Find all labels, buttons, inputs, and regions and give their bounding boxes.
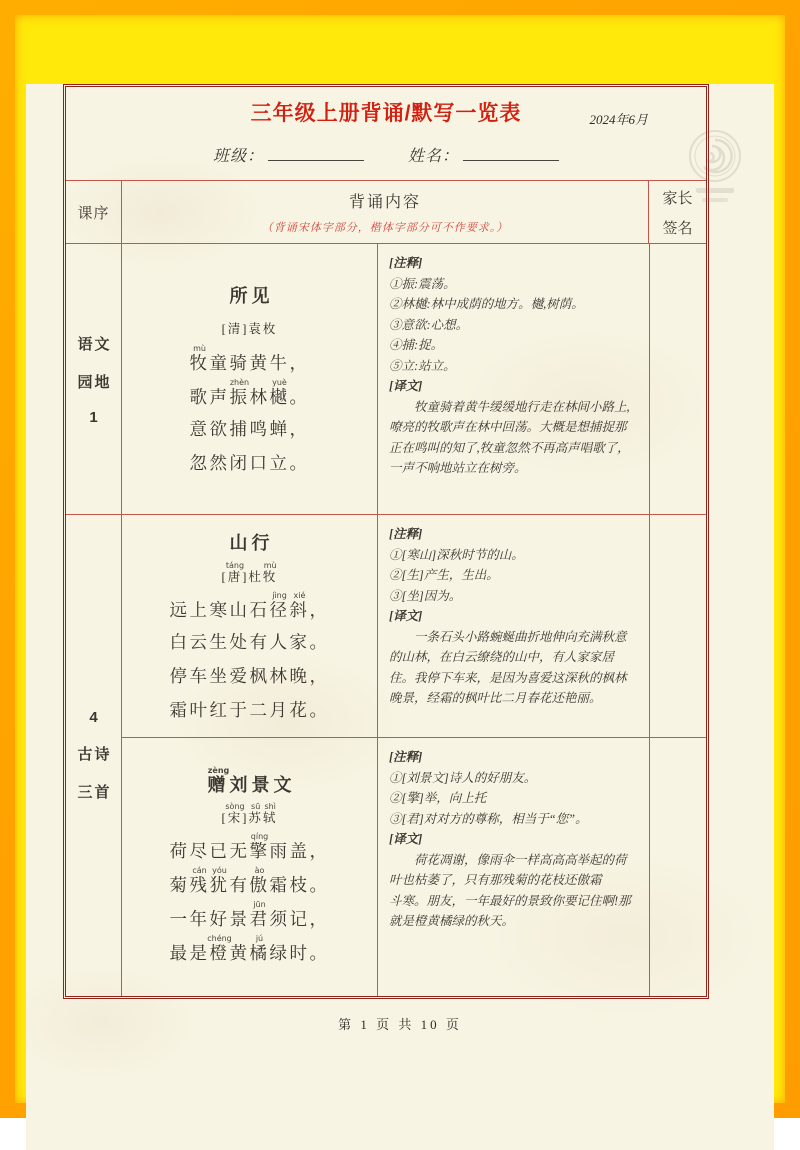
notes-cell: [注释]①振:震荡。②林樾:林中成荫的地方。樾,树荫。③意欲:心想。④捕:捉。⑤… bbox=[378, 244, 650, 514]
text-run: 白云生处有人家。 bbox=[170, 632, 330, 652]
class-label: 班级： bbox=[213, 148, 264, 165]
page-title: 三年级上册背诵/默写一览表 bbox=[251, 102, 522, 125]
course-label: 1 bbox=[87, 409, 99, 426]
text-run: 雨盖， bbox=[270, 841, 330, 861]
annotation-item: ②[擎]举，向上托 bbox=[389, 788, 638, 809]
annotation-item: ③[坐]因为。 bbox=[389, 586, 638, 607]
annotation-item: ②林樾:林中成荫的地方。樾,树荫。 bbox=[389, 294, 638, 315]
column-header-course: 课序 bbox=[66, 181, 122, 243]
poem-row: 赠zèng刘景文[宋sòng]苏sū轼shì荷尽已无擎qíng雨盖，菊残cán犹… bbox=[122, 737, 706, 996]
poem-stack: 所见[清]袁枚牧mù童骑黄牛，歌声振zhèn林樾yuè。意欲捕鸣蝉，忽然闭口立。… bbox=[122, 244, 706, 514]
poem-author: [唐táng]杜牧mù bbox=[222, 561, 278, 591]
text-run: 童骑黄牛， bbox=[210, 353, 310, 373]
name-blank-field bbox=[463, 146, 559, 161]
poem-author: [宋sòng]苏sū轼shì bbox=[222, 802, 278, 832]
signature-cell bbox=[650, 738, 706, 996]
pinyin-ruby: 橙chéng bbox=[209, 943, 229, 963]
table-row: 4古诗三首山行[唐táng]杜牧mù远上寒山石径jìng斜xié，白云生处有人家… bbox=[66, 514, 706, 996]
annotation-item: ①[刘景文]诗人的好朋友。 bbox=[389, 768, 638, 789]
course-cell: 语文园地1 bbox=[66, 244, 122, 514]
text-run: 有 bbox=[230, 875, 250, 895]
text-run: 所见 bbox=[230, 286, 274, 306]
annotation-item: ②[生]产生，生出。 bbox=[389, 565, 638, 586]
text-run: 绿时。 bbox=[269, 943, 329, 963]
name-label: 姓名： bbox=[408, 148, 459, 165]
text-run: 最是 bbox=[169, 943, 209, 963]
text-run: 忽然闭口立。 bbox=[190, 453, 310, 473]
pinyin-ruby: 斜xié bbox=[290, 600, 310, 620]
pinyin-ruby: 君jūn bbox=[250, 909, 270, 929]
class-blank-field bbox=[268, 146, 364, 161]
title-line: 三年级上册背诵/默写一览表 2024年6月 bbox=[66, 99, 706, 129]
date-label: 2024年6月 bbox=[589, 105, 648, 135]
text-run: 一年好景 bbox=[170, 909, 250, 929]
pinyin-ruby: 樾yuè bbox=[270, 387, 290, 407]
text-run: 霜叶红于二月花。 bbox=[170, 700, 330, 720]
poem-line: 远上寒山石径jìng斜xié， bbox=[170, 591, 330, 625]
pinyin-ruby: 牧mù bbox=[263, 570, 278, 584]
pinyin-ruby: 唐táng bbox=[228, 570, 243, 584]
sign-header-line1: 家长 bbox=[662, 187, 692, 208]
translation-text: 荷花凋谢，像雨伞一样高高高举起的荷叶也枯萎了，只有那残菊的花枝还傲霜 斗寒。朋友… bbox=[389, 850, 638, 932]
poem-title: 赠zèng刘景文 bbox=[204, 766, 296, 802]
pinyin-ruby: 径jìng bbox=[270, 600, 290, 620]
decorative-frame-inner: 三年级上册背诵/默写一览表 2024年6月 班级： 姓名： 课序 背诵内容 （背… bbox=[15, 15, 785, 1103]
pinyin-ruby: 擎qíng bbox=[250, 841, 270, 861]
annotation-item: ④捕:捉。 bbox=[389, 335, 638, 356]
text-run: 菊 bbox=[170, 875, 190, 895]
worksheet-page: 三年级上册背诵/默写一览表 2024年6月 班级： 姓名： 课序 背诵内容 （背… bbox=[26, 84, 774, 1150]
poem-line: 菊残cán犹yóu有傲ào霜枝。 bbox=[170, 866, 330, 900]
text-run: 黄 bbox=[229, 943, 249, 963]
translation-label: [译文] bbox=[389, 606, 638, 627]
poem-line: 最是橙chéng黄橘jú绿时。 bbox=[169, 934, 329, 968]
poem-cell: 所见[清]袁枚牧mù童骑黄牛，歌声振zhèn林樾yuè。意欲捕鸣蝉，忽然闭口立。 bbox=[122, 244, 378, 514]
text-run: 杜 bbox=[248, 570, 263, 584]
content-header-label: 背诵内容 bbox=[349, 189, 421, 212]
translation-text: 一条石头小路蜿蜒曲折地伸向充满秋意的山林，在白云缭绕的山中，有人家家居住。我停下… bbox=[389, 627, 638, 709]
column-header-signature: 家长 签名 bbox=[649, 181, 706, 243]
poem-line: 牧mù童骑黄牛， bbox=[190, 344, 310, 378]
column-header-content: 背诵内容 （背诵宋体字部分，楷体字部分可不作要求。） bbox=[122, 181, 649, 243]
course-label: 古诗 bbox=[75, 743, 111, 764]
decorative-frame-outer: 三年级上册背诵/默写一览表 2024年6月 班级： 姓名： 课序 背诵内容 （背… bbox=[0, 0, 800, 1118]
text-run: 歌声 bbox=[190, 387, 230, 407]
poem-line: 霜叶红于二月花。 bbox=[170, 693, 330, 727]
course-cell: 4古诗三首 bbox=[66, 515, 122, 996]
pinyin-ruby: 苏sū bbox=[248, 811, 263, 825]
translation-label: [译文] bbox=[389, 376, 638, 397]
poem-line: 白云生处有人家。 bbox=[170, 625, 330, 659]
poem-line: 意欲捕鸣蝉， bbox=[190, 412, 310, 446]
annotation-item: ③[君]对对方的尊称，相当于“您”。 bbox=[389, 809, 638, 830]
text-run: 停车坐爱枫林晚， bbox=[170, 666, 330, 686]
signature-cell bbox=[650, 244, 706, 514]
poem-author: [清]袁枚 bbox=[222, 314, 278, 344]
poem-row: 山行[唐táng]杜牧mù远上寒山石径jìng斜xié，白云生处有人家。停车坐爱… bbox=[122, 515, 706, 737]
annotation-label: [注释] bbox=[389, 747, 638, 768]
poem-title: 所见 bbox=[226, 278, 274, 314]
pinyin-ruby: 傲ào bbox=[250, 875, 270, 895]
course-label: 4 bbox=[87, 709, 99, 726]
sign-header-line2: 签名 bbox=[662, 217, 692, 238]
poem-line: 荷尽已无擎qíng雨盖， bbox=[170, 832, 330, 866]
pinyin-ruby: 牧mù bbox=[190, 353, 210, 373]
text-run: 山行 bbox=[230, 533, 274, 553]
pinyin-ruby: 橘jú bbox=[249, 943, 269, 963]
student-info-line: 班级： 姓名： bbox=[66, 143, 706, 166]
annotation-label: [注释] bbox=[389, 524, 638, 545]
recitation-table: 三年级上册背诵/默写一览表 2024年6月 班级： 姓名： 课序 背诵内容 （背… bbox=[63, 84, 709, 999]
pinyin-ruby: 轼shì bbox=[263, 811, 278, 825]
title-block: 三年级上册背诵/默写一览表 2024年6月 班级： 姓名： bbox=[66, 87, 706, 181]
translation-text: 牧童骑着黄牛缓缓地行走在林间小路上,嘹亮的牧歌声在林中回荡。大概是想捕捉那正在鸣… bbox=[389, 397, 638, 479]
poem-title: 山行 bbox=[226, 525, 274, 561]
notes-cell: [注释]①[寒山]深秋时节的山。②[生]产生，生出。③[坐]因为。[译文]一条石… bbox=[378, 515, 650, 737]
annotation-label: [注释] bbox=[389, 253, 638, 274]
text-run: 远上寒山石 bbox=[170, 600, 270, 620]
poem-row: 所见[清]袁枚牧mù童骑黄牛，歌声振zhèn林樾yuè。意欲捕鸣蝉，忽然闭口立。… bbox=[122, 244, 706, 514]
poem-stack: 山行[唐táng]杜牧mù远上寒山石径jìng斜xié，白云生处有人家。停车坐爱… bbox=[122, 515, 706, 996]
annotation-item: ①振:震荡。 bbox=[389, 274, 638, 295]
page-number-footer: 第 1 页 共 10 页 bbox=[26, 1014, 774, 1033]
annotation-item: ①[寒山]深秋时节的山。 bbox=[389, 545, 638, 566]
pinyin-ruby: 宋sòng bbox=[228, 811, 243, 825]
text-run: ， bbox=[310, 600, 330, 620]
table-body: 语文园地1所见[清]袁枚牧mù童骑黄牛，歌声振zhèn林樾yuè。意欲捕鸣蝉，忽… bbox=[66, 244, 706, 996]
poem-line: 忽然闭口立。 bbox=[190, 446, 310, 480]
text-run: 意欲捕鸣蝉， bbox=[190, 419, 310, 439]
course-label: 语文 bbox=[75, 333, 111, 354]
text-run: [清]袁枚 bbox=[222, 322, 278, 336]
poem-line: 停车坐爱枫林晚， bbox=[170, 659, 330, 693]
text-run: 霜枝。 bbox=[270, 875, 330, 895]
pinyin-ruby: 赠zèng bbox=[208, 775, 230, 795]
text-run: 须记， bbox=[270, 909, 330, 929]
table-row: 语文园地1所见[清]袁枚牧mù童骑黄牛，歌声振zhèn林樾yuè。意欲捕鸣蝉，忽… bbox=[66, 244, 706, 514]
course-label: 三首 bbox=[75, 781, 111, 802]
text-run: 刘景文 bbox=[230, 775, 296, 795]
poem-cell: 山行[唐táng]杜牧mù远上寒山石径jìng斜xié，白云生处有人家。停车坐爱… bbox=[122, 515, 378, 737]
text-run: 林 bbox=[250, 387, 270, 407]
poem-line: 一年好景君jūn须记， bbox=[170, 900, 330, 934]
annotation-item: ③意欲:心想。 bbox=[389, 315, 638, 336]
pinyin-ruby: 残cán bbox=[190, 875, 210, 895]
translation-label: [译文] bbox=[389, 829, 638, 850]
notes-cell: [注释]①[刘景文]诗人的好朋友。②[擎]举，向上托③[君]对对方的尊称，相当于… bbox=[378, 738, 650, 996]
poem-line: 歌声振zhèn林樾yuè。 bbox=[190, 378, 310, 412]
annotation-item: ⑤立:站立。 bbox=[389, 356, 638, 377]
poem-cell: 赠zèng刘景文[宋sòng]苏sū轼shì荷尽已无擎qíng雨盖，菊残cán犹… bbox=[122, 738, 378, 996]
text-run: 。 bbox=[290, 387, 310, 407]
text-run: 荷尽已无 bbox=[170, 841, 250, 861]
pinyin-ruby: 犹yóu bbox=[210, 875, 230, 895]
content-header-note: （背诵宋体字部分，楷体字部分可不作要求。） bbox=[262, 219, 509, 235]
table-header-row: 课序 背诵内容 （背诵宋体字部分，楷体字部分可不作要求。） 家长 签名 bbox=[66, 181, 706, 244]
signature-cell bbox=[650, 515, 706, 737]
course-label: 园地 bbox=[75, 371, 111, 392]
pinyin-ruby: 振zhèn bbox=[230, 387, 250, 407]
